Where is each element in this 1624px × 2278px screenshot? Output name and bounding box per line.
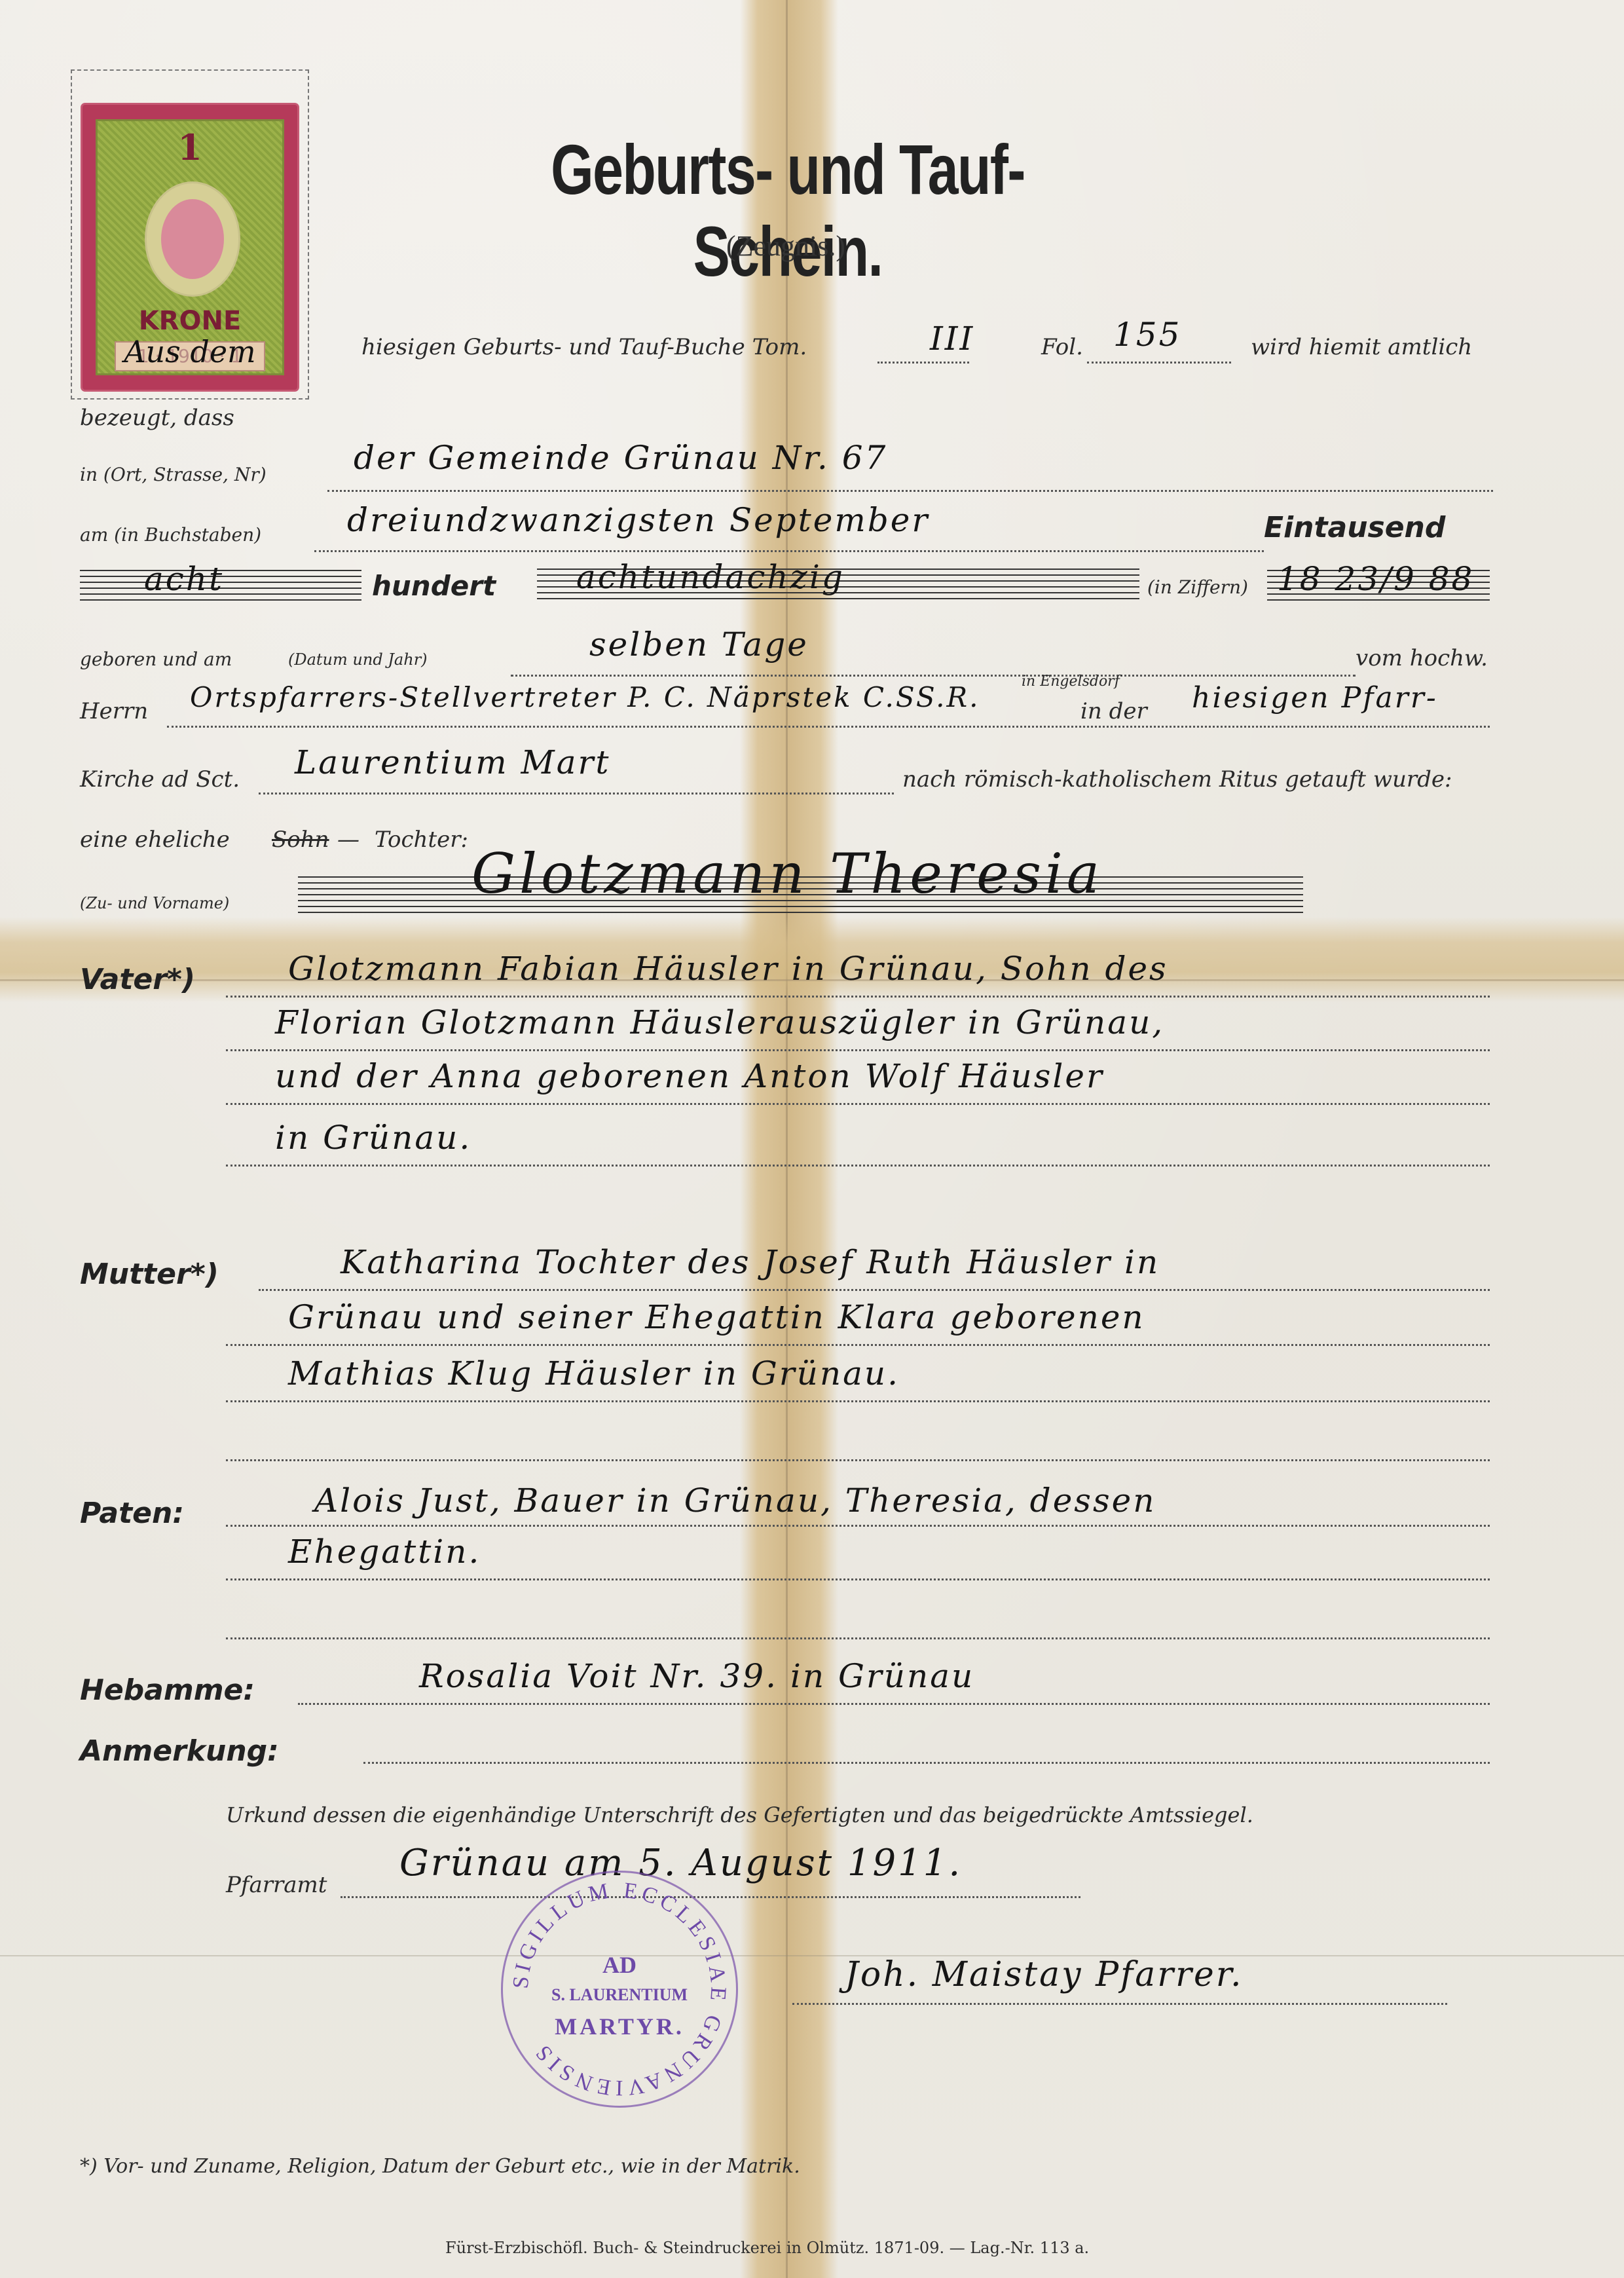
ziffern-value: 18 23/9 88 [1277,560,1474,598]
fol-value: 155 [1113,316,1181,354]
mutter-line-1: Katharina Tochter des Josef Ruth Häusler… [341,1243,1160,1281]
printer-imprint: Fürst-Erzbischöfl. Buch- & Steindruckere… [445,2239,1089,2257]
mutter-dots-2 [226,1344,1490,1346]
vater-line-3: und der Anna geborenen Anton Wolf Häusle… [275,1057,1104,1095]
emperor-portrait-icon [161,199,224,279]
mutter-line-2: Grünau und seiner Ehegattin Klara gebore… [288,1298,1145,1336]
kirche-dots [259,793,894,794]
vater-line-2: Florian Glotzmann Häuslerauszügler in Gr… [275,1003,1164,1041]
fol-label: Fol. [1041,334,1083,360]
herrn-value-2: hiesigen Pfarr- [1192,681,1438,715]
eintausend-label: Eintausend [1264,511,1445,544]
mutter-label: Mutter*) [80,1258,219,1291]
hundert-label: hundert [372,570,496,602]
paten-line-2: Ehegattin. [288,1533,481,1571]
seal-line-2: S. LAURENTIUM [503,1985,736,2005]
vater-label: Vater*) [80,963,195,996]
year-word-2: achtundachzig [576,558,845,596]
vater-dots-2 [226,1049,1490,1051]
signature: Joh. Maistay Pfarrer. [845,1955,1243,1994]
document-title: Geburts- und Tauf-Schein. [502,128,1074,292]
in-der-label: in der [1080,698,1147,724]
fol-dots [1087,362,1231,364]
pfarramt-label: Pfarramt [226,1872,327,1898]
herrn-note: in Engelsdorf [1022,673,1120,690]
hebamme-value: Rosalia Voit Nr. 39. in Grünau [419,1657,974,1695]
anmerkung-dots [363,1762,1490,1764]
lower-fold-crease [0,1955,1624,1956]
paten-dots-2 [226,1578,1490,1580]
stamp-oval [145,181,240,297]
mutter-line-3: Mathias Klug Häusler in Grünau. [288,1354,900,1392]
sohn-struck: Sohn [272,827,329,853]
mutter-dots-3 [226,1400,1490,1402]
paten-label: Paten: [80,1497,184,1530]
tom-value: III [930,320,974,358]
herrn-dots [167,726,1490,728]
tom-dots [877,362,969,364]
ort-dots [327,490,1493,492]
vater-line-1: Glotzmann Fabian Häusler in Grünau, Sohn… [288,950,1168,988]
herrn-label: Herrn [80,698,148,724]
bezeugt-label: bezeugt, dass [80,405,234,431]
vom-hochw-label: vom hochw. [1356,645,1488,671]
paten-dots-3 [226,1637,1490,1639]
kirche-label: Kirche ad Sct. [80,766,240,793]
vater-dots-3 [226,1103,1490,1105]
stamp-unit: KRONE [98,306,282,336]
document-subtitle: (Zeugnis.) [655,229,917,263]
vater-dots-4 [226,1165,1490,1167]
geboren-sublabel: (Datum und Jahr) [288,650,428,669]
ort-label: in (Ort, Strasse, Nr) [80,464,267,485]
register-text-2: wird hiemit amtlich [1251,334,1472,360]
child-name: Glotzmann Theresia [471,842,1103,906]
footnote: *) Vor- und Zuname, Religion, Datum der … [80,2155,800,2178]
tochter-label: Tochter: [375,827,468,853]
vater-line-4: in Grünau. [275,1119,471,1157]
herrn-value: Ortspfarrers-Stellvertreter P. C. Näprst… [190,681,980,713]
ort-value: der Gemeinde Grünau Nr. 67 [354,439,887,477]
ziffern-label: (in Ziffern) [1147,576,1248,598]
am-label: am (in Buchstaben) [80,524,261,546]
seal-line-3: MARTYR. [503,2013,736,2040]
stamp-handwritten-prefix: Aus dem [89,334,291,369]
hebamme-label: Hebamme: [80,1673,255,1707]
revenue-stamp: 1 KRONE 1 · 1910 · 1 Aus dem [83,105,297,390]
register-text: hiesigen Geburts- und Tauf-Buche Tom. [361,334,807,360]
attestation-text: Urkund dessen die eigenhändige Unterschr… [226,1802,1253,1827]
geboren-label: geboren und am [80,648,232,670]
signature-dots [792,2003,1447,2005]
seal-line-1: AD [503,1951,736,1979]
anmerkung-label: Anmerkung: [80,1734,279,1768]
geboren-dots [511,675,1356,677]
hebamme-dots [298,1703,1490,1705]
dash: — [337,827,360,853]
name-label: (Zu- und Vorname) [80,894,229,912]
paten-dots-1 [226,1525,1490,1527]
parish-seal: SIGILLUM ECCLESIAE GRUNAVIENSIS AD S. LA… [501,1871,738,2108]
am-dots [314,550,1264,552]
ritus-label: nach römisch-katholischem Ritus getauft … [902,766,1452,793]
geboren-value: selben Tage [589,626,809,663]
stamp-value: 1 [98,126,282,168]
vater-dots-1 [226,996,1490,998]
paten-line-1: Alois Just, Bauer in Grünau, Theresia, d… [314,1482,1156,1520]
eheliche-label: eine eheliche [80,827,230,853]
year-word-1: acht [144,560,224,598]
mutter-dots-1 [259,1289,1490,1291]
kirche-value: Laurentium Mart [295,743,611,781]
mutter-dots-4 [226,1459,1490,1461]
am-value: dreiundzwanzigsten September [347,501,929,539]
